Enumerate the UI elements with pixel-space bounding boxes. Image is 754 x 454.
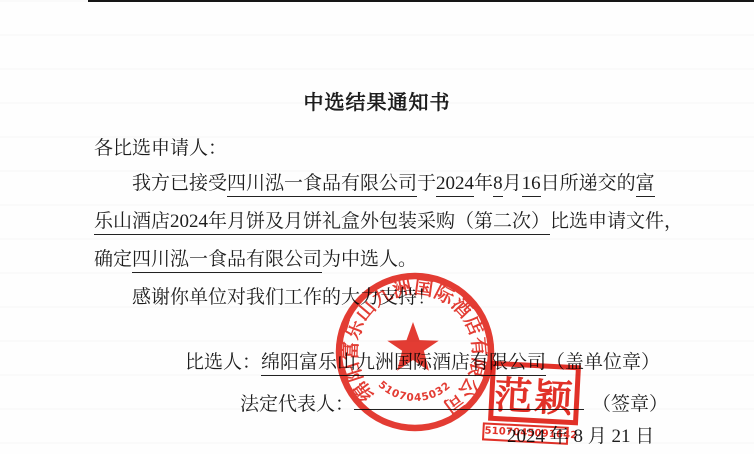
company-seal: 绵阳富乐山九洲国际酒店有限公司 5107045032957 xyxy=(330,267,500,437)
para-text: 日所递交的 xyxy=(541,173,636,194)
para-text: 于 xyxy=(417,173,436,194)
para-text: 我方已接受 xyxy=(132,173,227,194)
name-seal-name: 范颖 xyxy=(488,361,581,426)
underlined-field-project-start: 富 xyxy=(636,173,655,197)
paragraph-line-2: 乐山酒店2024年月饼及月饼礼盒外包装采购（第二次）比选申请文件， xyxy=(94,206,694,233)
salutation: 各比选申请人： xyxy=(94,133,227,160)
legal-rep-note: （签章） xyxy=(592,394,668,415)
paragraph-line-1: 我方已接受四川泓一食品有限公司于2024年8月16日所递交的富 xyxy=(94,168,732,195)
para-text: 年 xyxy=(474,173,493,194)
underlined-field-month: 8 xyxy=(493,173,503,197)
document-title: 中选结果通知书 xyxy=(0,86,754,115)
underlined-field-day: 16 xyxy=(522,173,541,197)
name-seal-code: 5107045091642 xyxy=(482,422,569,444)
scan-edge-line xyxy=(88,0,754,2)
underlined-field-project: 乐山酒店2024年月饼及月饼礼盒外包装采购（第二次） xyxy=(94,211,550,235)
para-text: 月 xyxy=(503,173,522,194)
para-text: 确定 xyxy=(94,249,132,270)
para-text: 比选申请文件， xyxy=(550,211,683,232)
underlined-field-winner-2: 四川泓一食品有限公司 xyxy=(132,249,322,273)
name-seal: 范颖 5107045091642 xyxy=(487,361,581,446)
star-icon xyxy=(387,322,438,371)
document-page: 中选结果通知书 各比选申请人： 我方已接受四川泓一食品有限公司于2024年8月1… xyxy=(0,0,754,454)
underlined-field-winner: 四川泓一食品有限公司 xyxy=(227,173,417,197)
underlined-field-year: 2024 xyxy=(436,173,474,197)
selector-label: 比选人： xyxy=(185,352,261,373)
